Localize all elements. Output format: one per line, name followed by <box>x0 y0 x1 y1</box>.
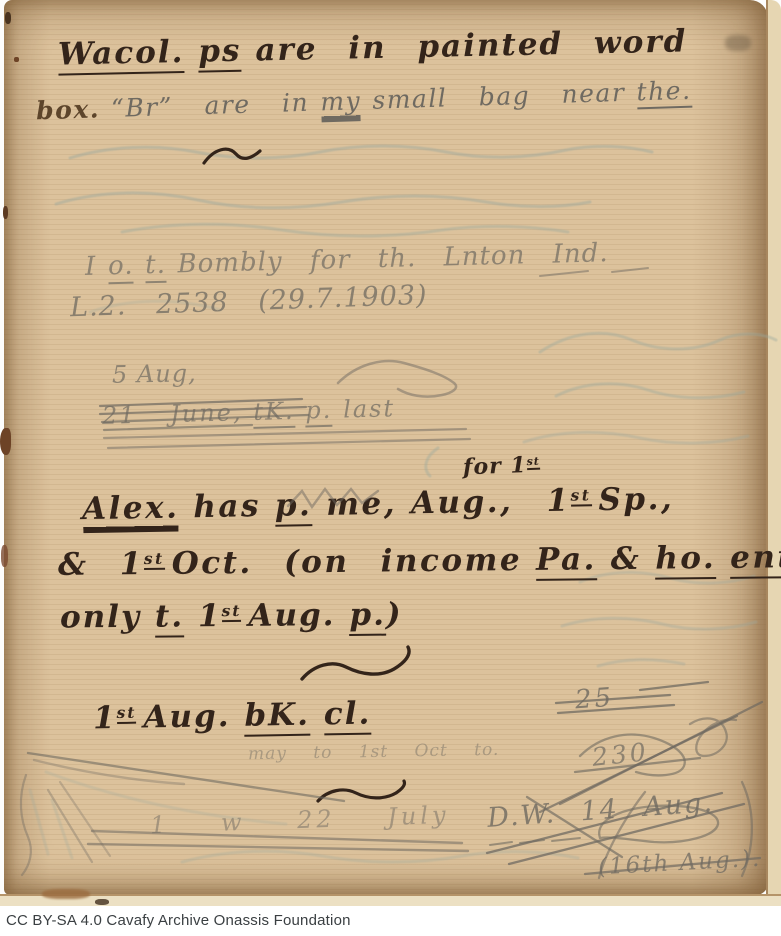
number-230: 230 <box>591 737 650 772</box>
ms-line-5: onlyt.1stAug.p.) <box>60 597 403 636</box>
edge-tear-2 <box>1 545 8 567</box>
word-wacol: Wacol. <box>58 34 185 76</box>
line5-p: p. <box>349 597 386 636</box>
manuscript-photo: Wacol.psare in painted word box.“Br” are… <box>0 0 781 936</box>
struck-number-25: 25 <box>574 683 615 716</box>
word-ent: ent. <box>730 539 781 579</box>
edge-speck-1 <box>5 12 11 24</box>
line2-seg: “Br” are in <box>111 88 310 123</box>
ms-line-4: & 1stOct. (on incomePa.&ho.ent. <box>58 539 781 583</box>
word-ps: ps <box>198 33 242 73</box>
date-5-aug: 5 Aug, <box>112 359 197 388</box>
line4-sup: st <box>144 549 165 570</box>
word-ho: ho. <box>655 540 716 580</box>
line5-sup: st <box>221 601 241 622</box>
number-25: 25 <box>574 683 615 716</box>
line3-sep: Sp., <box>598 481 674 518</box>
line6-aug: Aug. <box>143 698 231 736</box>
line5-aug: Aug. <box>248 597 335 634</box>
line6-sup: st <box>116 703 136 724</box>
line5-paren: ) <box>386 597 403 633</box>
edge-speck-3 <box>3 206 8 219</box>
line3-me: me, <box>326 486 397 523</box>
word-cl: cl. <box>323 696 371 736</box>
ink-smudge-top-right <box>725 35 751 51</box>
word-bk: bK. <box>244 697 310 737</box>
line3-has: has <box>193 488 261 525</box>
edge-tear-1 <box>0 428 11 455</box>
edge-speck-2 <box>14 57 19 62</box>
line5-only: only <box>60 599 141 636</box>
note4-sep: , <box>233 398 243 426</box>
bottom-mark <box>95 899 109 905</box>
line4-amp: & <box>611 541 642 577</box>
word-alex: Alex. <box>82 489 180 527</box>
line3-sup: st <box>570 485 591 506</box>
word-pa: Pa. <box>536 541 597 581</box>
note4-p: p. <box>305 396 333 428</box>
line3-p: p. <box>274 487 312 527</box>
line3-aug: Aug., 1 <box>411 483 571 522</box>
insert-base: for 1 <box>463 452 528 480</box>
struck-number-230: 230 <box>591 737 650 772</box>
line5-one: 1 <box>198 598 222 634</box>
ms-insert-above-line: for 1st <box>463 452 541 481</box>
word-box: box. <box>36 94 101 125</box>
struck-21-june: 21 June <box>102 398 234 429</box>
word-the: the. <box>636 76 692 110</box>
line5-t: t. <box>155 598 184 637</box>
line6-one: 1 <box>93 700 117 736</box>
insert-sup: st <box>526 455 540 470</box>
ms-pencil-note-3: 5 Aug, <box>112 359 197 388</box>
note4-rest: last <box>343 394 396 423</box>
bottom-stain <box>42 889 90 899</box>
note1-seg2: o. <box>108 251 134 285</box>
line4-oct: Oct. (on income <box>172 542 523 582</box>
page-edge-right <box>766 0 781 895</box>
ms-line-6: 1stAug.bK.cl. <box>93 696 372 737</box>
note1-seg: I <box>85 252 97 282</box>
attribution-text: CC BY-SA 4.0 Cavafy Archive Onassis Foun… <box>0 906 781 935</box>
attribution-bar: CC BY-SA 4.0 Cavafy Archive Onassis Foun… <box>0 906 781 936</box>
note4-tk: tK. <box>253 397 295 429</box>
word-my: my <box>320 86 362 116</box>
note1-seg3: t. <box>145 250 167 284</box>
line4-base: & 1 <box>58 546 144 583</box>
